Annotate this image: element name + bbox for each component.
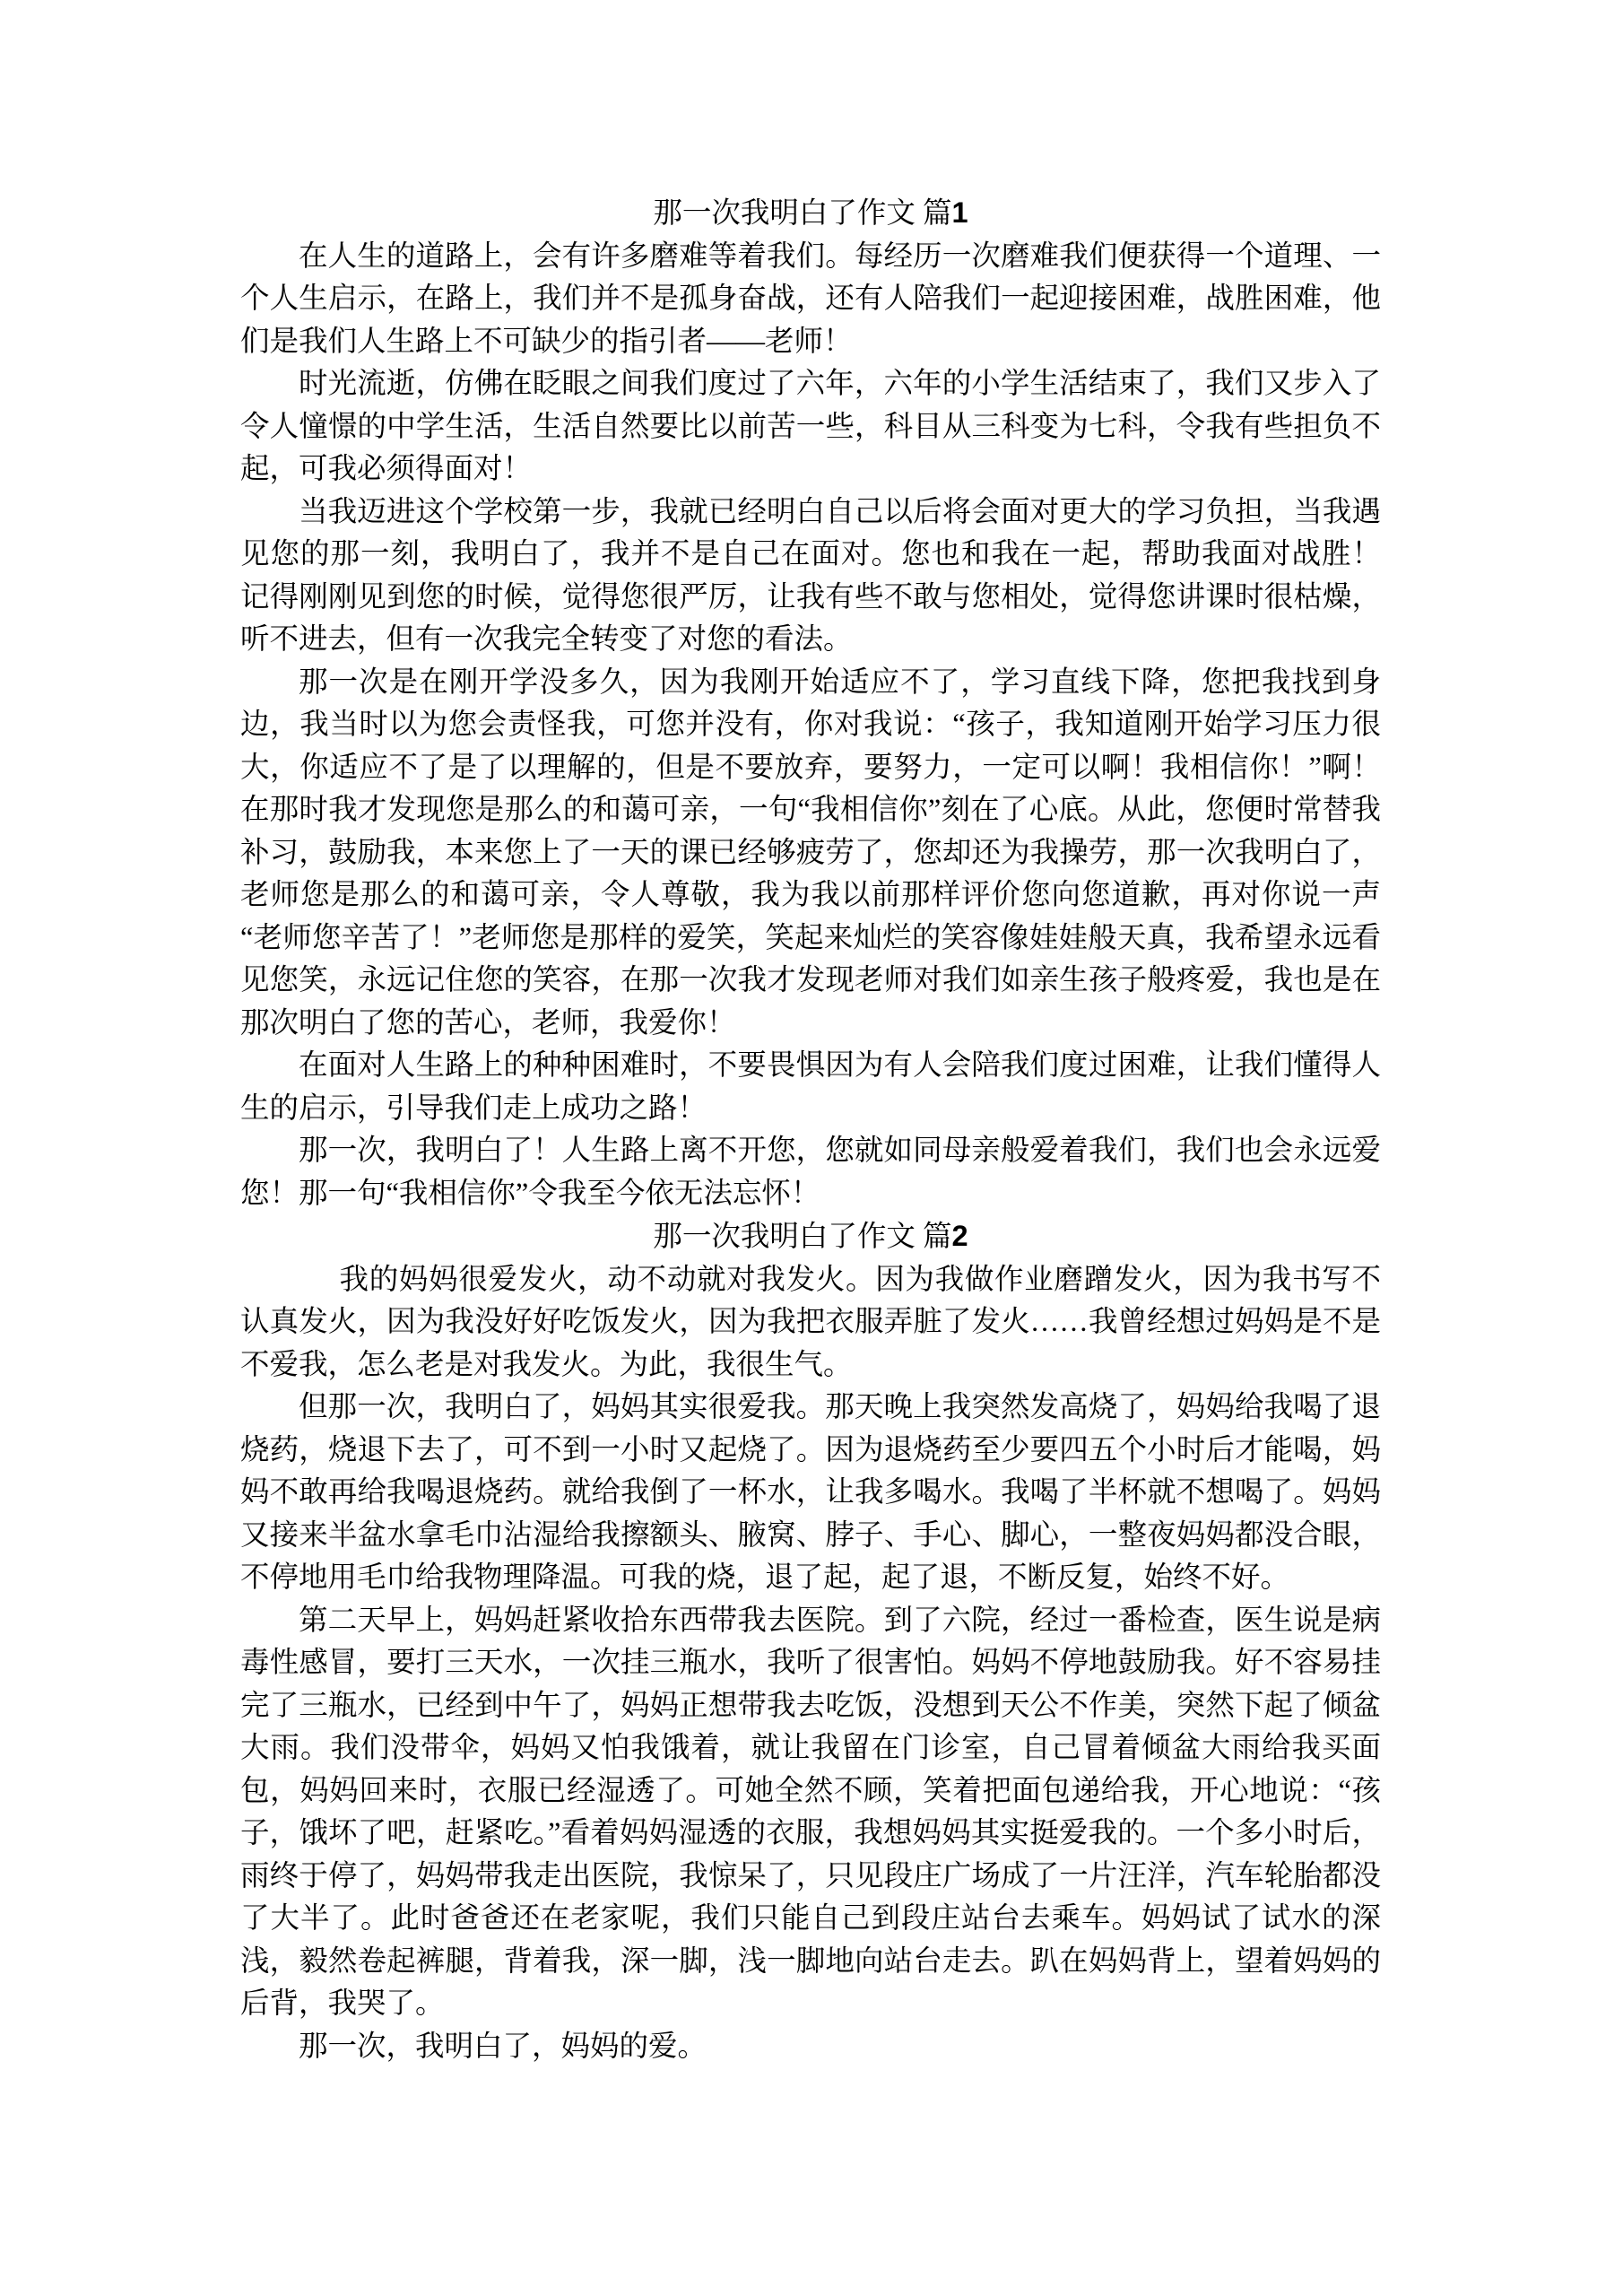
essay-1-title-text: 那一次我明白了作文 篇	[653, 197, 951, 230]
essay-2-paragraph-1: 我的妈妈很爱发火，动不动就对我发火。因为我做作业磨蹭发火，因为我书写不认真发火，…	[240, 1259, 1381, 1387]
essay-1: 那一次我明白了作文 篇1 在人生的道路上，会有许多磨难等着我们。每经历一次磨难我…	[240, 192, 1381, 1215]
essay-1-paragraph-1: 在人生的道路上，会有许多磨难等着我们。每经历一次磨难我们便获得一个道理、一个人生…	[240, 236, 1381, 364]
essay-1-title-number: 1	[952, 196, 968, 229]
document-page: 那一次我明白了作文 篇1 在人生的道路上，会有许多磨难等着我们。每经历一次磨难我…	[0, 0, 1623, 2296]
essay-1-title: 那一次我明白了作文 篇1	[240, 192, 1381, 236]
essay-2-paragraph-3: 第二天早上，妈妈赶紧收拾东西带我去医院。到了六院，经过一番检查，医生说是病毒性感…	[240, 1600, 1381, 2026]
essay-1-paragraph-3: 当我迈进这个学校第一步，我就已经明白自己以后将会面对更大的学习负担，当我遇见您的…	[240, 491, 1381, 662]
essay-1-paragraph-2: 时光流逝，仿佛在眨眼之间我们度过了六年，六年的小学生活结束了，我们又步入了令人憧…	[240, 363, 1381, 491]
essay-2-title-number: 2	[952, 1220, 968, 1252]
document-body: 那一次我明白了作文 篇1 在人生的道路上，会有许多磨难等着我们。每经历一次磨难我…	[240, 192, 1381, 2068]
essay-2-title: 那一次我明白了作文 篇2	[240, 1215, 1381, 1259]
essay-2-title-text: 那一次我明白了作文 篇	[653, 1221, 951, 1253]
essay-2-paragraph-4: 那一次，我明白了，妈妈的爱。	[240, 2026, 1381, 2069]
essay-1-paragraph-4: 那一次是在刚开学没多久，因为我刚开始适应不了，学习直线下降，您把我找到身边，我当…	[240, 662, 1381, 1046]
essay-1-paragraph-5: 在面对人生路上的种种困难时，不要畏惧因为有人会陪我们度过困难，让我们懂得人生的启…	[240, 1045, 1381, 1130]
essay-2: 那一次我明白了作文 篇2 我的妈妈很爱发火，动不动就对我发火。因为我做作业磨蹭发…	[240, 1215, 1381, 2068]
essay-1-paragraph-6: 那一次，我明白了！人生路上离不开您，您就如同母亲般爱着我们，我们也会永远爱您！那…	[240, 1130, 1381, 1215]
essay-2-paragraph-2: 但那一次，我明白了，妈妈其实很爱我。那天晚上我突然发高烧了，妈妈给我喝了退烧药，…	[240, 1387, 1381, 1600]
